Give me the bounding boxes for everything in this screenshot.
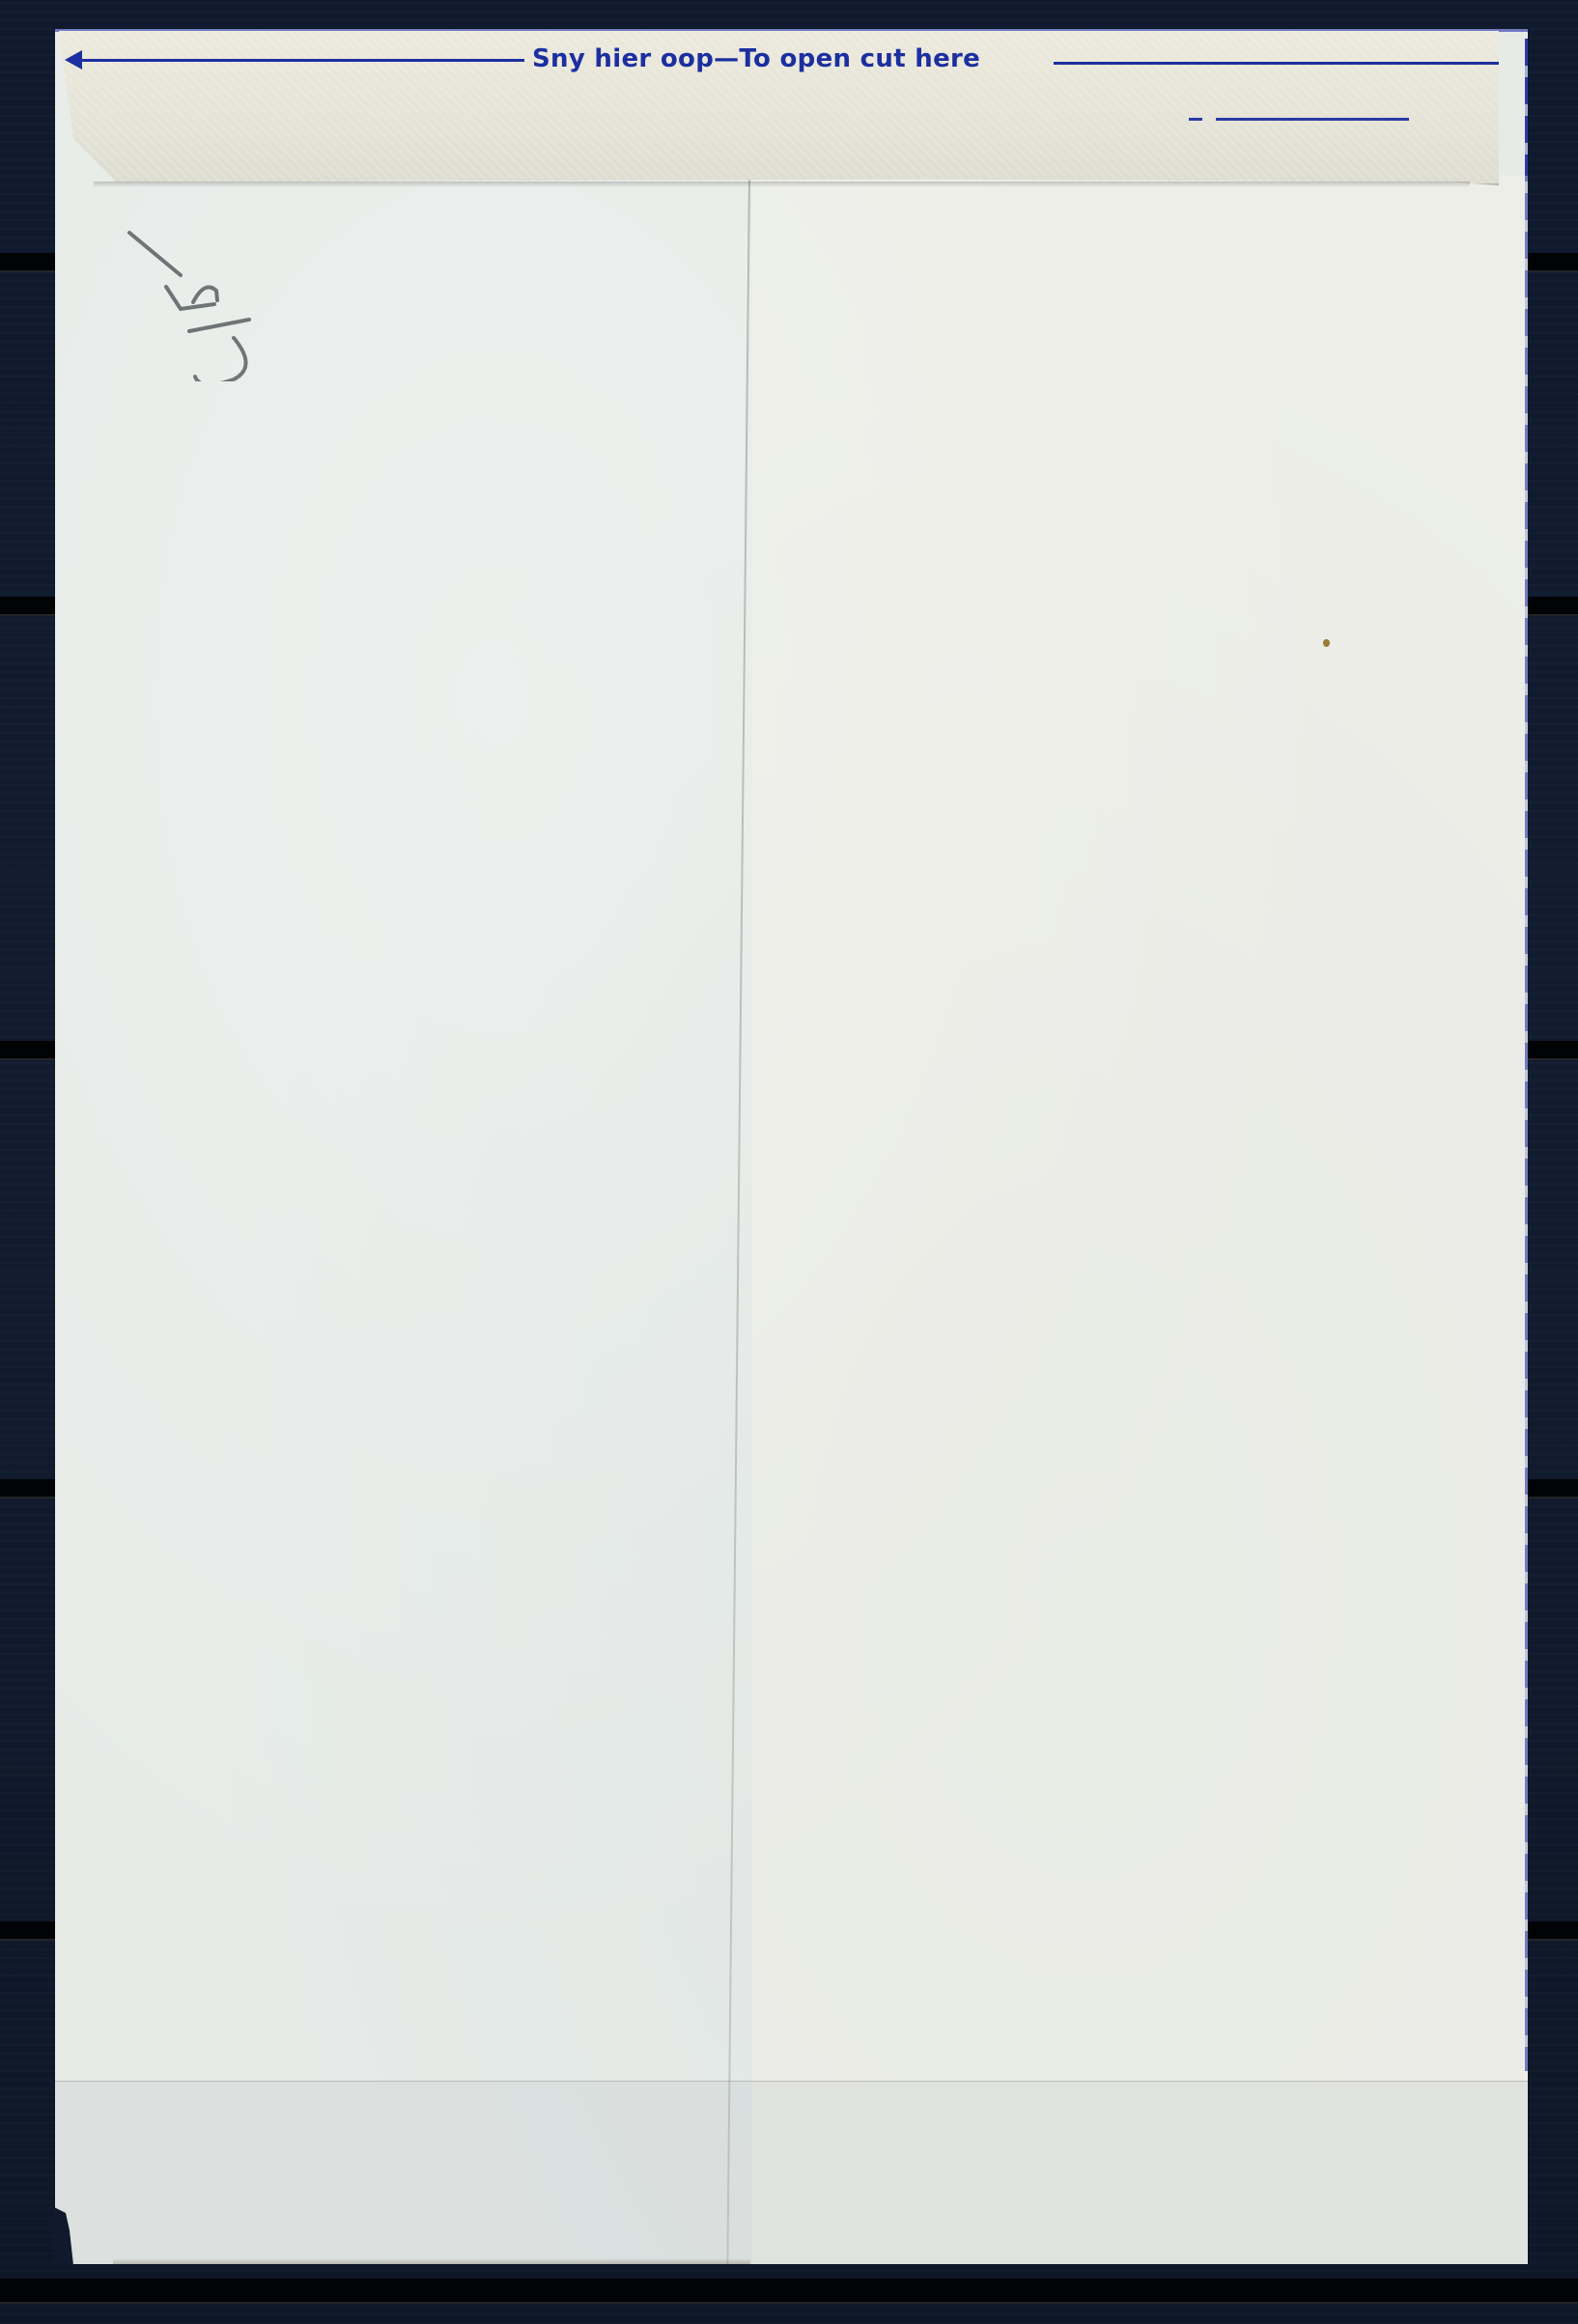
- torn-edge: [113, 2258, 750, 2264]
- cut-instruction-text: Sny hier oop—To open cut here: [532, 44, 1054, 73]
- right-fold-panel: [752, 176, 1528, 2264]
- bottom-fold-flap: [55, 2081, 1528, 2264]
- vertical-fold-seam: [726, 176, 750, 2264]
- flap-shadow: [94, 182, 1470, 187]
- cut-guide: Sny hier oop—To open cut here: [59, 44, 1499, 73]
- cut-guide-line-left: [69, 59, 524, 62]
- pencil-annotation: [127, 227, 253, 381]
- top-sealing-flap: Sny hier oop—To open cut here: [59, 31, 1499, 185]
- dashed-fold-mark: [1189, 118, 1498, 121]
- torn-corner: [54, 2207, 73, 2265]
- cut-guide-line-right: [1054, 62, 1527, 65]
- background-stripe: [0, 2279, 1578, 2304]
- paper-spot: [1323, 639, 1330, 647]
- aerogramme-sheet: Sny hier oop—To open cut here: [55, 29, 1528, 2264]
